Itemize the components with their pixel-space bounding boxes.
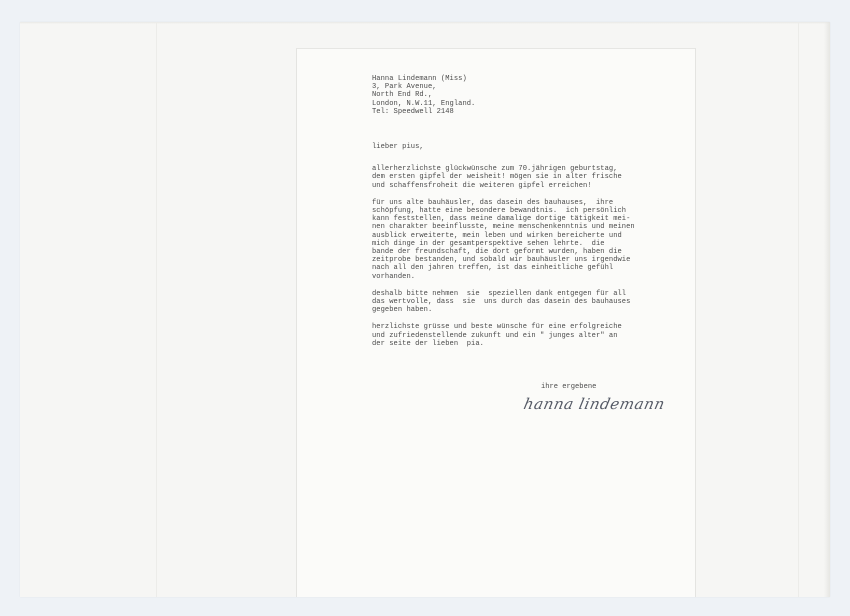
text-line: ausblick erweiterte, mein leben und wirk… bbox=[372, 232, 692, 240]
text-line: gegeben haben. bbox=[372, 306, 692, 314]
address-line: Hanna Lindemann (Miss) bbox=[372, 75, 692, 83]
handwritten-signature: hanna lindemann bbox=[522, 395, 667, 413]
text-line: und zufriedenstellende zukunft und ein "… bbox=[372, 332, 692, 340]
paper-fold-line bbox=[156, 22, 157, 597]
text-line: und schaffensfroheit die weiteren gipfel… bbox=[372, 182, 692, 190]
text-line: bande der freundschaft, die dort geformt… bbox=[372, 248, 692, 256]
sender-address: Hanna Lindemann (Miss) 3, Park Avenue, N… bbox=[372, 75, 692, 116]
text-line: kann feststellen, dass meine damalige do… bbox=[372, 215, 692, 223]
text-line: mich dinge in der gesamtperspektive sehe… bbox=[372, 240, 692, 248]
text-line: herzlichste grüsse und beste wünsche für… bbox=[372, 323, 692, 331]
address-line: London, N.W.11, England. bbox=[372, 100, 692, 108]
paragraph-thanks: deshalb bitte nehmen sie speziellen dank… bbox=[372, 290, 692, 315]
text-line: schöpfung, hatte eine besondere bewandtn… bbox=[372, 207, 692, 215]
paragraph-bauhaus: für uns alte bauhäusler, das dasein des … bbox=[372, 199, 692, 281]
typewritten-letter: Hanna Lindemann (Miss) 3, Park Avenue, N… bbox=[372, 75, 692, 357]
salutation: lieber pius, bbox=[372, 143, 692, 151]
text-line: allerherzlichste glückwünsche zum 70.jäh… bbox=[372, 165, 692, 173]
text-line: dem ersten gipfel der weisheit! mögen si… bbox=[372, 173, 692, 181]
address-line: North End Rd., bbox=[372, 91, 692, 99]
paragraph-greetings: herzlichste grüsse und beste wünsche für… bbox=[372, 323, 692, 348]
text-line: für uns alte bauhäusler, das dasein des … bbox=[372, 199, 692, 207]
address-line: Tel: Speedwell 2148 bbox=[372, 108, 692, 116]
paragraph-birthday-wishes: allerherzlichste glückwünsche zum 70.jäh… bbox=[372, 165, 692, 190]
paper-fold-line bbox=[798, 22, 799, 597]
address-line: 3, Park Avenue, bbox=[372, 83, 692, 91]
text-line: nen charakter beeinflusste, meine mensch… bbox=[372, 223, 692, 231]
text-line: nach all den jahren treffen, ist das ein… bbox=[372, 264, 692, 272]
text-line: vorhanden. bbox=[372, 273, 692, 281]
text-line: das wertvolle, dass sie uns durch das da… bbox=[372, 298, 692, 306]
closing: ihre ergebene bbox=[541, 383, 596, 391]
text-line: deshalb bitte nehmen sie speziellen dank… bbox=[372, 290, 692, 298]
text-line: der seite der lieben pia. bbox=[372, 340, 692, 348]
text-line: zeitprobe bestanden, und sobald wir bauh… bbox=[372, 256, 692, 264]
